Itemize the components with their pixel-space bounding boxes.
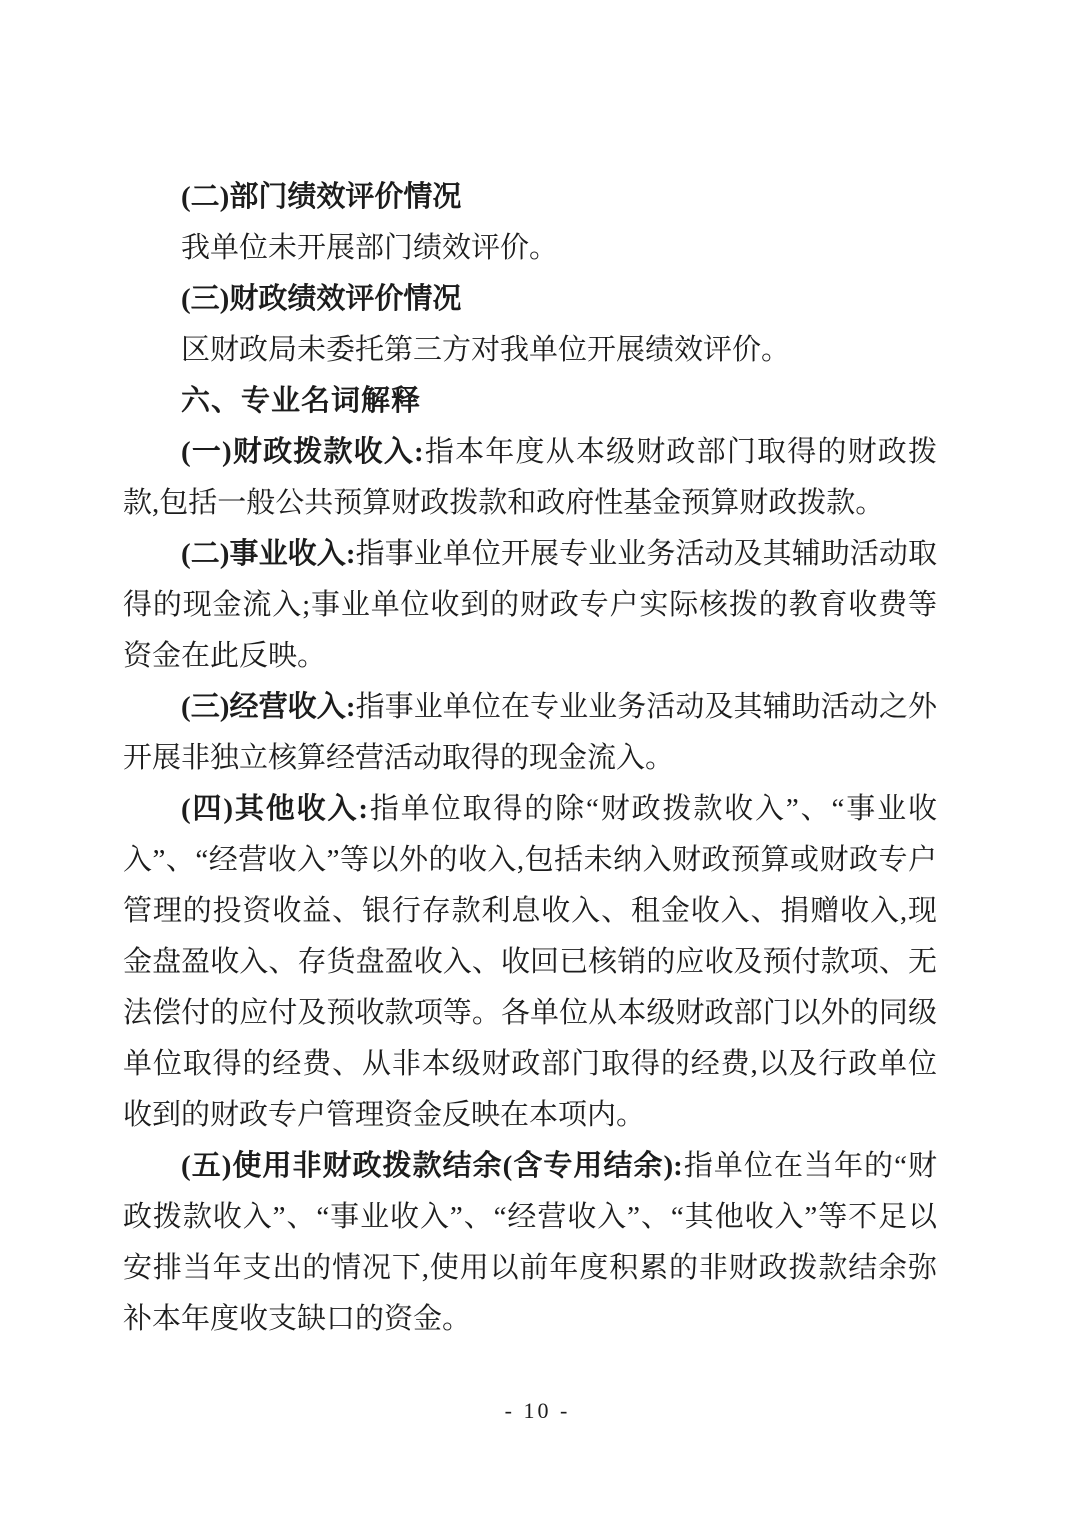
term-name: (一)财政拨款收入: <box>181 436 424 468</box>
term-definition-operational-income: (二)事业收入:指事业单位开展专业业务活动及其辅助活动取得的现金流入;事业单位收… <box>123 529 937 682</box>
document-page: (二)部门绩效评价情况 我单位未开展部门绩效评价。 (三)财政绩效评价情况 区财… <box>0 0 1075 1520</box>
term-name: (三)经营收入: <box>181 691 356 723</box>
term-definition-non-fiscal-surplus: (五)使用非财政拨款结余(含专用结余):指单位在当年的“财政拨款收入”、“事业收… <box>123 1141 937 1345</box>
subsection-heading-dept-evaluation: (二)部门绩效评价情况 <box>123 172 937 223</box>
document-body: (二)部门绩效评价情况 我单位未开展部门绩效评价。 (三)财政绩效评价情况 区财… <box>123 172 937 1345</box>
term-name: (四)其他收入: <box>181 793 368 825</box>
term-definition-business-income: (三)经营收入:指事业单位在专业业务活动及其辅助活动之外开展非独立核算经营活动取… <box>123 682 937 784</box>
term-definition-fiscal-appropriation-income: (一)财政拨款收入:指本年度从本级财政部门取得的财政拨款,包括一般公共预算财政拨… <box>123 427 937 529</box>
section-heading-glossary: 六、专业名词解释 <box>123 376 937 427</box>
term-name: (二)事业收入: <box>181 538 356 570</box>
subsection-heading-fiscal-evaluation: (三)财政绩效评价情况 <box>123 274 937 325</box>
page-number: - 10 - <box>0 1398 1075 1424</box>
paragraph-fiscal-evaluation: 区财政局未委托第三方对我单位开展绩效评价。 <box>123 325 937 376</box>
term-name: (五)使用非财政拨款结余(含专用结余): <box>181 1150 683 1182</box>
term-definition-other-income: (四)其他收入:指单位取得的除“财政拨款收入”、“事业收入”、“经营收入”等以外… <box>123 784 937 1141</box>
term-text: 指单位取得的除“财政拨款收入”、“事业收入”、“经营收入”等以外的收入,包括未纳… <box>123 793 937 1131</box>
paragraph-dept-evaluation: 我单位未开展部门绩效评价。 <box>123 223 937 274</box>
